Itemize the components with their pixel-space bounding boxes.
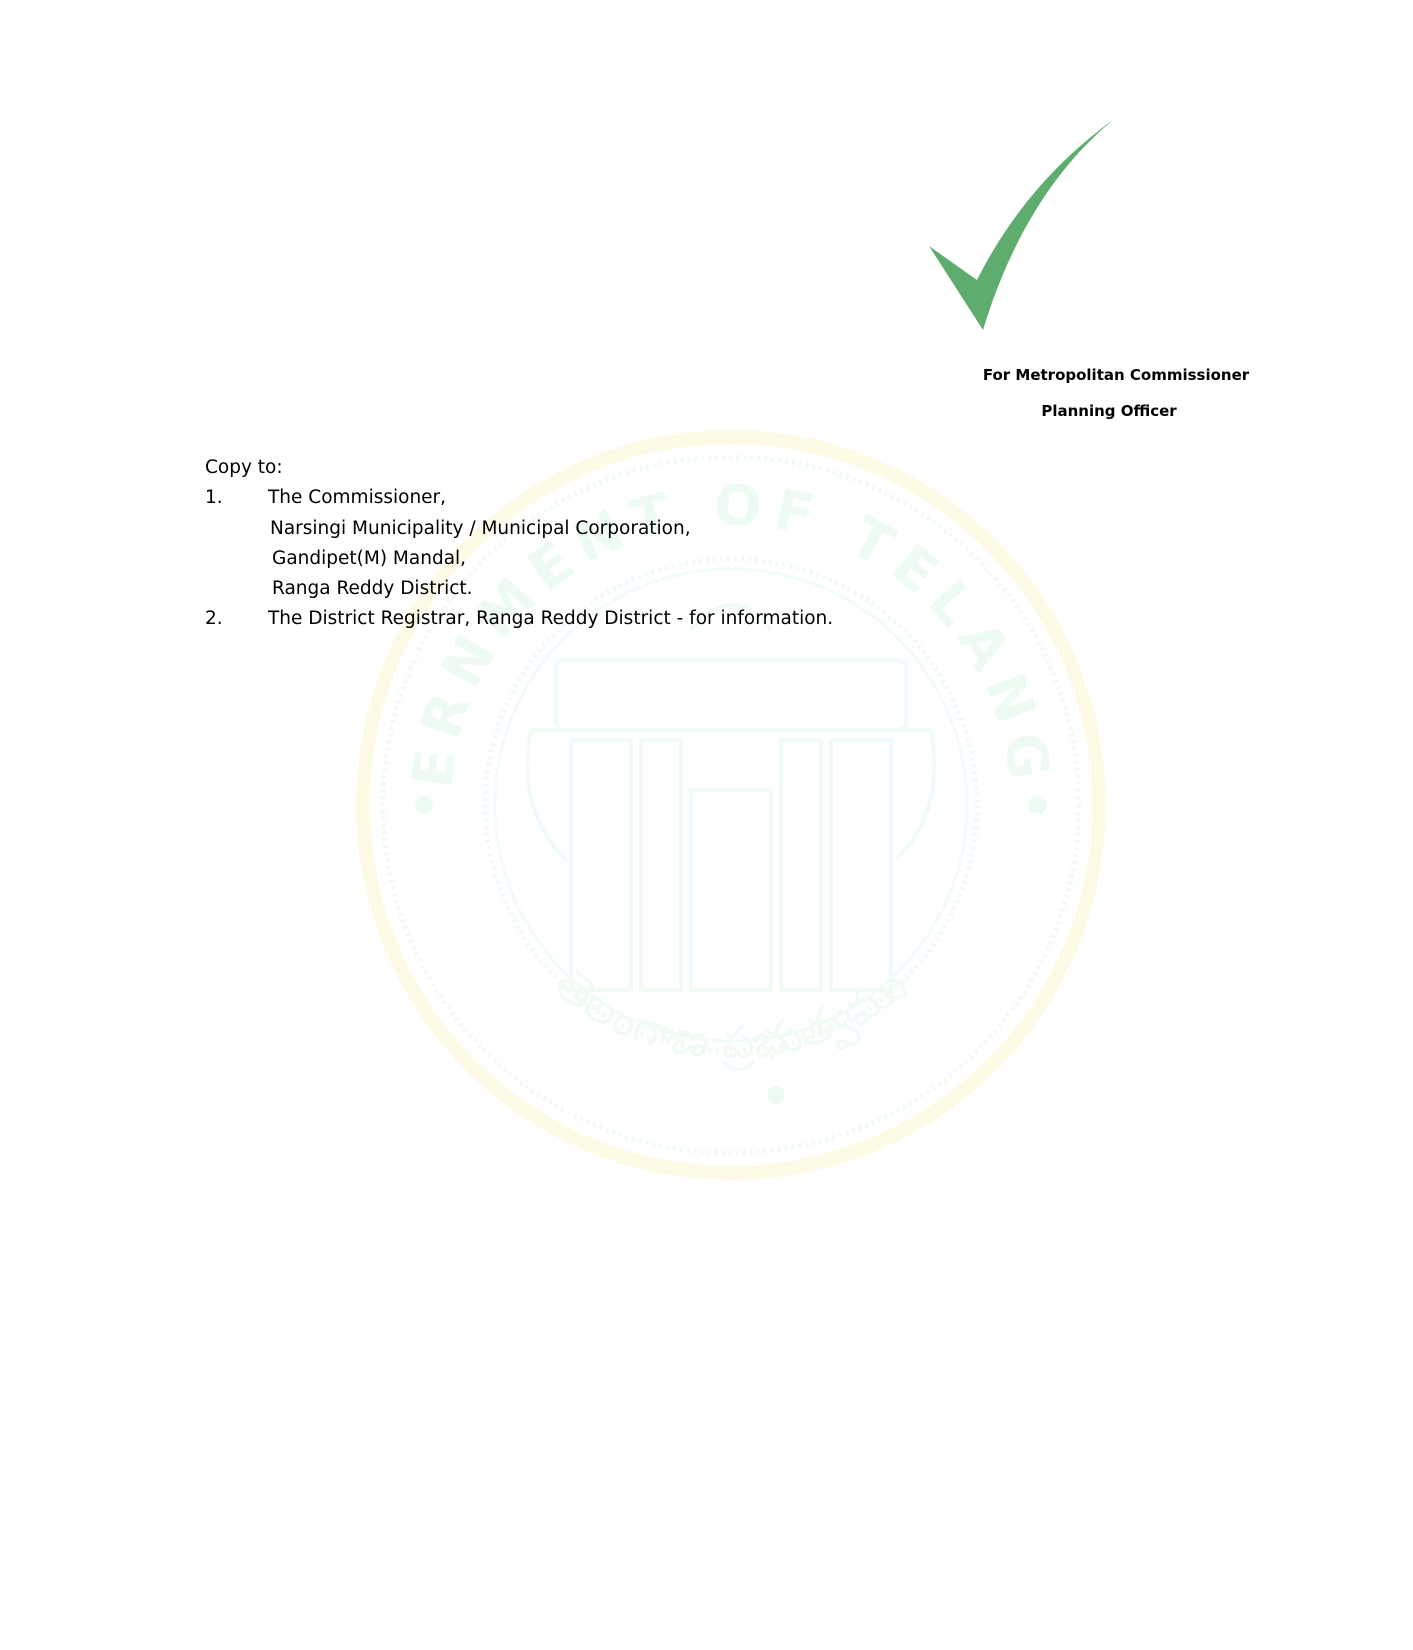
copy-to-section: Copy to: 1.The Commissioner, Narsingi Mu… [205, 453, 833, 635]
copy-item-line: Narsingi Municipality / Municipal Corpor… [205, 514, 833, 544]
document-page: GOVERNMENT OF TELANGANA తెలంగాణ ప్రభుత్వ… [0, 0, 1413, 1650]
copy-item-line: The Commissioner, [268, 487, 446, 508]
copy-to-heading: Copy to: [205, 453, 833, 483]
copy-item-number: 2. [205, 604, 268, 634]
copy-to-item: 2.The District Registrar, Ranga Reddy Di… [205, 604, 833, 634]
copy-item-line: The District Registrar, Ranga Reddy Dist… [268, 608, 833, 629]
copy-item-number: 1. [205, 483, 268, 513]
signature-for-line: For Metropolitan Commissioner [983, 366, 1249, 384]
copy-to-item: 1.The Commissioner, Narsingi Municipalit… [205, 483, 833, 604]
copy-item-line: Gandipet(M) Mandal, [205, 544, 833, 574]
checkmark-icon [925, 118, 1115, 332]
svg-text:తెలంగాణ ప్రభుత్వము: తెలంగాణ ప్రభుత్వము [545, 956, 917, 1072]
copy-item-line: Ranga Reddy District. [205, 574, 833, 604]
signature-title: Planning Officer [1041, 402, 1176, 420]
